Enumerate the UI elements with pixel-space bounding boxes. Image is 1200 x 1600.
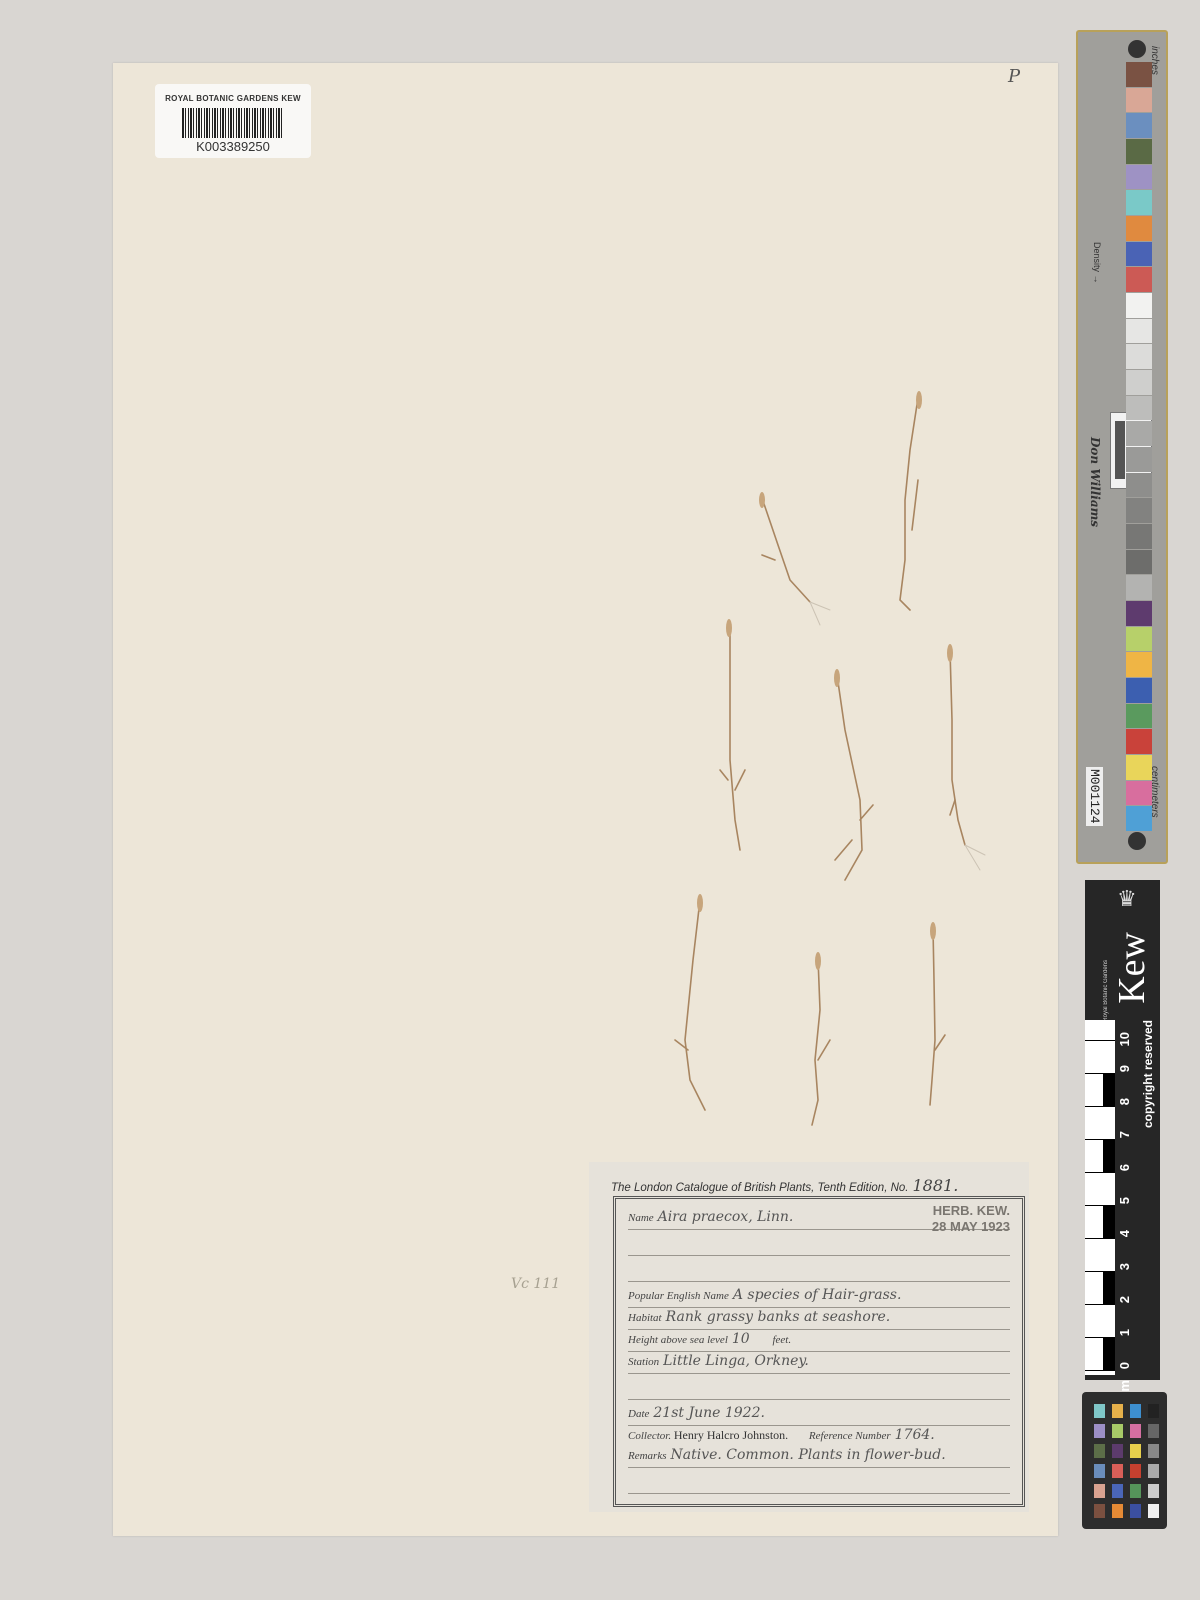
habitat-value: Rank grassy banks at seashore. xyxy=(666,1309,891,1325)
color-swatch xyxy=(1126,139,1152,164)
ruler-hole-icon xyxy=(1128,40,1146,58)
color-patch xyxy=(1148,1484,1159,1498)
color-patch xyxy=(1094,1504,1105,1518)
name-label: Name xyxy=(628,1212,654,1224)
color-patch xyxy=(1094,1424,1105,1438)
color-swatch xyxy=(1126,344,1152,369)
blank-row xyxy=(628,1261,1010,1282)
remarks-label: Remarks xyxy=(628,1450,667,1462)
blank-row xyxy=(628,1235,1010,1256)
catalogue-heading-text: The London Catalogue of British Plants, … xyxy=(611,1182,908,1194)
color-checker-card xyxy=(1082,1392,1167,1529)
name-value: Aira praecox, Linn. xyxy=(658,1209,794,1225)
date-label: Date xyxy=(628,1408,649,1420)
color-swatch xyxy=(1126,550,1152,575)
scale-tick-label: 2 xyxy=(1117,1296,1132,1303)
color-patch xyxy=(1148,1464,1159,1478)
blank-row xyxy=(628,1473,1010,1494)
scale-tick-label: 1 xyxy=(1117,1329,1132,1336)
scale-tick-label: 9 xyxy=(1117,1065,1132,1072)
color-swatch xyxy=(1126,319,1152,344)
habitat-label: Habitat xyxy=(628,1312,662,1324)
herbarium-stamp: HERB. KEW. 28 MAY 1923 xyxy=(932,1203,1010,1235)
color-swatch xyxy=(1126,447,1152,472)
popular-name-label: Popular English Name xyxy=(628,1290,729,1302)
color-swatch xyxy=(1126,524,1152,549)
color-patch xyxy=(1094,1444,1105,1458)
catalogue-number: 1881. xyxy=(912,1176,958,1195)
color-swatch xyxy=(1126,216,1152,241)
color-swatch xyxy=(1126,165,1152,190)
collector-row: Collector. Henry Halcro Johnston. Refere… xyxy=(628,1427,1010,1447)
scale-numbers: 012345678910cm xyxy=(1117,1020,1137,1370)
color-swatch xyxy=(1126,88,1152,113)
kew-scale-bar: ♛ Royal Botanic Gardens Kew 012345678910… xyxy=(1085,880,1160,1380)
color-swatch xyxy=(1126,781,1152,806)
color-patch xyxy=(1112,1404,1123,1418)
color-swatch xyxy=(1126,421,1152,446)
height-label: Height above sea level xyxy=(628,1334,728,1346)
color-patch xyxy=(1130,1484,1141,1498)
color-swatch xyxy=(1126,652,1152,677)
color-patch xyxy=(1148,1404,1159,1418)
station-value: Little Linga, Orkney. xyxy=(663,1353,809,1369)
color-swatch xyxy=(1126,370,1152,395)
scale-tick-label: 6 xyxy=(1117,1164,1132,1171)
date-row: Date21st June 1922. xyxy=(628,1405,1010,1426)
color-swatch xyxy=(1126,396,1152,421)
color-swatch xyxy=(1126,498,1152,523)
scale-tick-label: 0 xyxy=(1117,1362,1132,1369)
popular-name-value: A species of Hair-grass. xyxy=(733,1287,902,1303)
ruler-hole-icon xyxy=(1128,832,1146,850)
collection-label: The London Catalogue of British Plants, … xyxy=(589,1162,1029,1512)
color-swatch xyxy=(1126,113,1152,138)
scale-bars xyxy=(1085,1020,1115,1375)
color-patch xyxy=(1130,1504,1141,1518)
color-patch xyxy=(1130,1464,1141,1478)
reference-label: Reference Number xyxy=(809,1430,891,1442)
kew-subtitle: Royal Botanic Gardens xyxy=(1103,960,1109,1022)
color-patch xyxy=(1094,1464,1105,1478)
color-swatch xyxy=(1126,755,1152,780)
color-swatch xyxy=(1126,473,1152,498)
color-swatch xyxy=(1126,704,1152,729)
remarks-row: RemarksNative. Common. Plants in flower-… xyxy=(628,1447,1010,1468)
catalogue-heading: The London Catalogue of British Plants, … xyxy=(611,1176,958,1195)
color-swatch xyxy=(1126,678,1152,703)
color-patch xyxy=(1112,1444,1123,1458)
color-patch xyxy=(1094,1484,1105,1498)
habitat-row: HabitatRank grassy banks at seashore. xyxy=(628,1309,1010,1330)
color-swatch xyxy=(1126,293,1152,318)
height-value: 10 xyxy=(732,1331,750,1347)
stamp-line-1: HERB. KEW. xyxy=(932,1203,1010,1219)
ruler-brand: Don Williams xyxy=(1088,437,1102,527)
color-patch xyxy=(1130,1424,1141,1438)
station-row: StationLittle Linga, Orkney. xyxy=(628,1353,1010,1374)
color-swatch xyxy=(1126,627,1152,652)
reference-value: 1764. xyxy=(895,1427,935,1443)
copyright-text: copyright reserved xyxy=(1141,1020,1155,1128)
scale-tick-label: 5 xyxy=(1117,1197,1132,1204)
remarks-value: Native. Common. Plants in flower-bud. xyxy=(671,1447,946,1463)
date-value: 21st June 1922. xyxy=(653,1405,765,1421)
color-density-ruler: inches Density → Don Williams centimeter… xyxy=(1076,30,1168,864)
ruler-code: M001124 xyxy=(1086,767,1103,826)
color-patch xyxy=(1148,1424,1159,1438)
station-label: Station xyxy=(628,1356,659,1368)
color-patch xyxy=(1112,1424,1123,1438)
popular-name-row: Popular English NameA species of Hair-gr… xyxy=(628,1287,1010,1308)
color-patch xyxy=(1094,1404,1105,1418)
color-patch xyxy=(1148,1504,1159,1518)
color-swatch xyxy=(1126,242,1152,267)
collector-label: Collector. xyxy=(628,1430,671,1442)
color-swatch xyxy=(1126,190,1152,215)
scale-tick-label: 3 xyxy=(1117,1263,1132,1270)
height-row: Height above sea level10 feet. xyxy=(628,1331,1010,1352)
blank-row xyxy=(628,1379,1010,1400)
color-swatch xyxy=(1126,575,1152,600)
color-patch xyxy=(1148,1444,1159,1458)
color-patch xyxy=(1112,1484,1123,1498)
color-patch xyxy=(1112,1464,1123,1478)
kew-logo: Kew xyxy=(1113,932,1151,1004)
density-label: Density → xyxy=(1092,242,1102,284)
stamp-line-2: 28 MAY 1923 xyxy=(932,1219,1010,1235)
kew-crest-icon: ♛ xyxy=(1117,886,1137,912)
color-swatch xyxy=(1126,267,1152,292)
label-frame: NameAira praecox, Linn. HERB. KEW. 28 MA… xyxy=(613,1196,1025,1507)
scale-tick-label: 10 xyxy=(1117,1032,1132,1046)
color-swatch xyxy=(1126,62,1152,87)
color-patch xyxy=(1130,1404,1141,1418)
color-swatch xyxy=(1126,729,1152,754)
scale-tick-label: 4 xyxy=(1117,1230,1132,1237)
height-unit: feet. xyxy=(772,1334,791,1346)
color-swatch xyxy=(1126,601,1152,626)
collector-value: Henry Halcro Johnston. xyxy=(674,1428,788,1442)
color-patch xyxy=(1130,1444,1141,1458)
scale-tick-label: 8 xyxy=(1117,1098,1132,1105)
scale-tick-label: 7 xyxy=(1117,1131,1132,1138)
color-patch xyxy=(1112,1504,1123,1518)
color-swatch xyxy=(1126,806,1152,831)
